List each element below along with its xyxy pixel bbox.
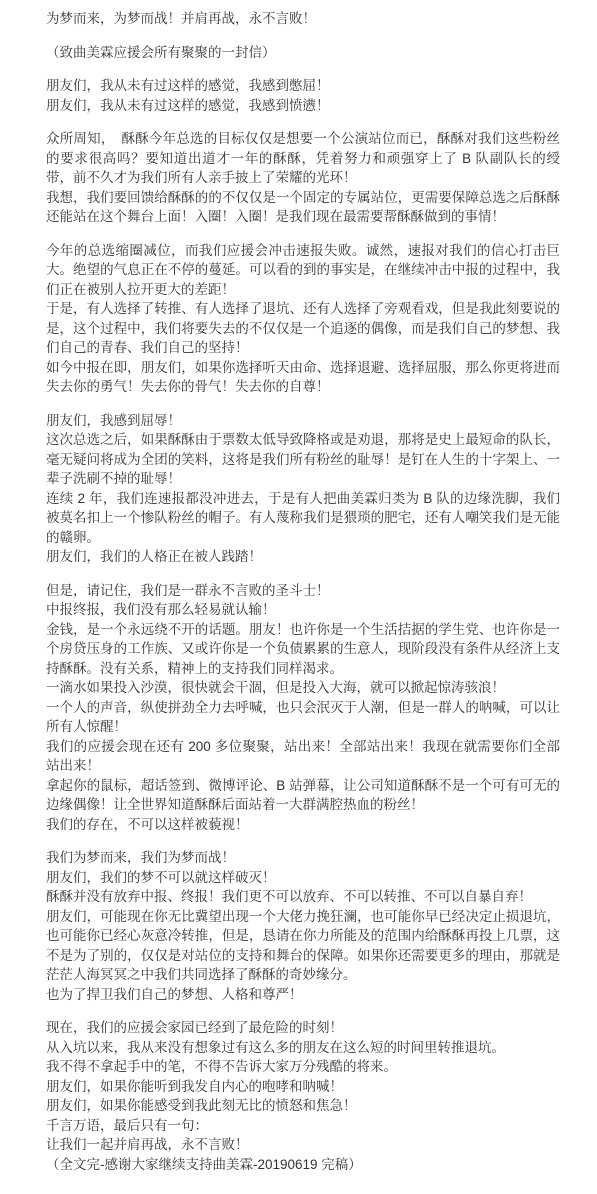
letter-line: 拿起你的鼠标，超话签到、微博评论、B 站弹幕，让公司知道酥酥不是一个可有可无的边… — [46, 776, 560, 815]
letter-paragraph: 朋友们，我从未有过这样的感觉，我感到憋屈！朋友们，我从未有过这样的感觉，我感到愤… — [46, 76, 560, 115]
letter-body: 为梦而来，为梦而战！并肩再战，永不言败！（致曲美霖应援会所有聚聚的一封信）朋友们… — [46, 9, 560, 1174]
letter-line: 连续 2 年，我们连速报都没冲进去，于是有人把曲美霖归类为 B 队的边缘洗脚，我… — [46, 489, 560, 548]
letter-paragraph: 现在，我们的应援会家园已经到了最危险的时刻！从入坑以来，我从来没有想象过有这么多… — [46, 1018, 560, 1174]
letter-line: 一滴水如果投入沙漠，很快就会干涸，但是投入大海，就可以掀起惊涛骇浪！ — [46, 678, 560, 698]
letter-line: 中报终报，我们没有那么轻易就认输！ — [46, 600, 560, 620]
letter-line: 朋友们，我们的人格正在被人践踏！ — [46, 547, 560, 567]
letter-line: 我们的存在，不可以这样被藐视！ — [46, 815, 560, 835]
letter-line: 我想，我们要回馈给酥酥的的不仅仅是一个固定的专属站位，更需要保障总选之后酥酥还能… — [46, 188, 560, 227]
letter-line: 朋友们，我从未有过这样的感觉，我感到憋屈！ — [46, 76, 560, 96]
letter-line: 从入坑以来，我从来没有想象过有这么多的朋友在这么短的时间里转推退坑。 — [46, 1038, 560, 1058]
letter-line: 朋友们，可能现在你无比冀望出现一个大佬力挽狂澜，也可能你早已经决定止损退坑，也可… — [46, 907, 560, 985]
letter-paragraph: 我们为梦而来，我们为梦而战！朋友们，我们的梦不可以就这样破灭！酥酥并没有放弃中报… — [46, 848, 560, 1004]
letter-paragraph: 今年的总选缩圈减位，而我们应援会冲击速报失败。诚然，速报对我们的信心打击巨大。绝… — [46, 241, 560, 397]
letter-line: 朋友们，如果你能感受到我此刻无比的愤怒和焦急！ — [46, 1096, 560, 1116]
letter-line: 现在，我们的应援会家园已经到了最危险的时刻！ — [46, 1018, 560, 1038]
letter-paragraph: 但是，请记住，我们是一群永不言败的圣斗士！中报终报，我们没有那么轻易就认输！金钱… — [46, 581, 560, 835]
letter-line: 但是，请记住，我们是一群永不言败的圣斗士！ — [46, 581, 560, 601]
letter-line: 今年的总选缩圈减位，而我们应援会冲击速报失败。诚然，速报对我们的信心打击巨大。绝… — [46, 241, 560, 300]
letter-line: 我们的应援会现在还有 200 多位聚聚，站出来！全部站出来！我现在就需要你们全部… — [46, 737, 560, 776]
letter-line: 如今中报在即，朋友们，如果你选择听天由命、选择退避、选择屈服，那么你更将进而失去… — [46, 358, 560, 397]
letter-line: 朋友们，我们的梦不可以就这样破灭！ — [46, 868, 560, 888]
letter-line: 金钱，是一个永远绕不开的话题。朋友！也许你是一个生活拮据的学生党、也许你是一个房… — [46, 620, 560, 679]
letter-line: 于是，有人选择了转推、有人选择了退坑、还有人选择了旁观看戏，但是我此刻要说的是，… — [46, 299, 560, 358]
letter-line: 我们为梦而来，我们为梦而战！ — [46, 848, 560, 868]
letter-line: 千言万语，最后只有一句： — [46, 1116, 560, 1136]
letter-line: 也为了捍卫我们自己的梦想、人格和尊严！ — [46, 985, 560, 1005]
letter-line: 酥酥并没有放弃中报、终报！我们更不可以放弃、不可以转推、不可以自暴自弃！ — [46, 887, 560, 907]
letter-paragraph: 朋友们，我感到屈辱！这次总选之后，如果酥酥由于票数太低导致降格或是劝退，那将是史… — [46, 411, 560, 567]
letter-line: 一个人的声音，纵使拼劲全力去呼喊，也只会泯灭于人潮，但是一群人的呐喊，可以让所有… — [46, 698, 560, 737]
letter-line: 众所周知， 酥酥今年总选的目标仅仅是想要一个公演站位而已，酥酥对我们这些粉丝的要… — [46, 129, 560, 188]
letter-line: （致曲美霖应援会所有聚聚的一封信） — [46, 43, 560, 63]
letter-line: 我不得不拿起手中的笔，不得不告诉大家万分残酷的将来。 — [46, 1057, 560, 1077]
letter-line: 朋友们，我从未有过这样的感觉，我感到愤懑！ — [46, 96, 560, 116]
letter-line: 朋友们，我感到屈辱！ — [46, 411, 560, 431]
letter-line: 为梦而来，为梦而战！并肩再战，永不言败！ — [46, 9, 560, 29]
letter-line: 这次总选之后，如果酥酥由于票数太低导致降格或是劝退，那将是史上最短命的队长，毫无… — [46, 430, 560, 489]
letter-paragraph: （致曲美霖应援会所有聚聚的一封信） — [46, 43, 560, 63]
letter-line: 朋友们，如果你能听到我发自内心的咆哮和呐喊！ — [46, 1077, 560, 1097]
letter-line: （全文完-感谢大家继续支持曲美霖-20190619 完稿） — [46, 1155, 560, 1175]
letter-line: 让我们一起并肩再战，永不言败！ — [46, 1135, 560, 1155]
letter-document: 为梦而来，为梦而战！并肩再战，永不言败！（致曲美霖应援会所有聚聚的一封信）朋友们… — [0, 0, 597, 1194]
letter-paragraph: 众所周知， 酥酥今年总选的目标仅仅是想要一个公演站位而已，酥酥对我们这些粉丝的要… — [46, 129, 560, 227]
letter-paragraph: 为梦而来，为梦而战！并肩再战，永不言败！ — [46, 9, 560, 29]
